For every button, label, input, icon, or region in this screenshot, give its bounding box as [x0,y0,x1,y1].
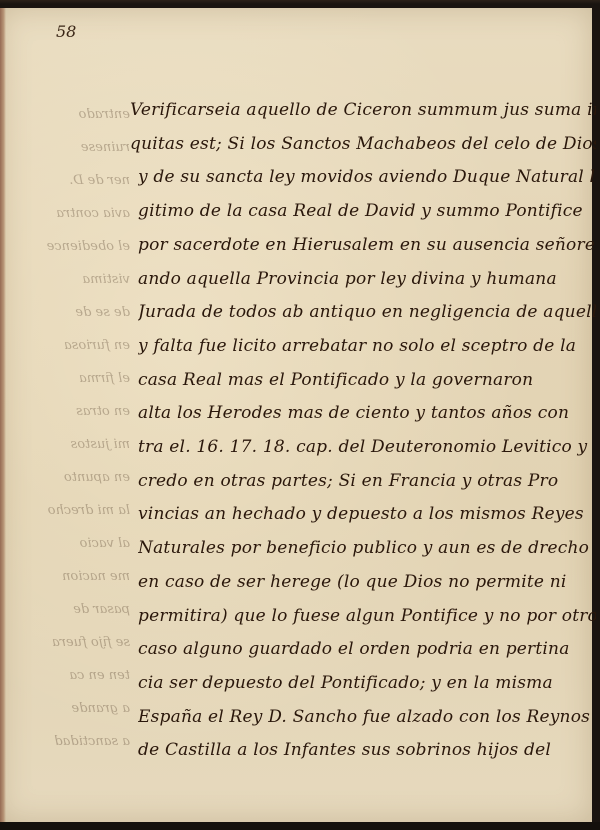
binding-edge-stain [0,8,6,822]
scan-top-edge [0,0,600,4]
bleed-line: avia contra [10,197,130,230]
text-line: ando aquella Provincia por ley divina y … [138,263,596,297]
scan-bottom-edge [0,822,600,830]
bleed-line: mi justos [10,428,130,461]
bleed-line: el firma [10,362,130,395]
bleed-line: de se de [10,296,130,329]
text-line: permitira) que lo fuese algun Pontifice … [138,600,596,634]
text-line: y falta fue licito arrebatar no solo el … [138,330,596,364]
manuscript-page: 58 entrado ruinese ner de D. avia contra… [0,8,592,822]
text-line: quitas est; Si los Sanctos Machabeos del… [130,128,596,162]
text-line: Naturales por beneficio publico y aun es… [138,532,596,566]
bleed-line: ner de D. [10,164,130,197]
text-line: y de su sancta ley movidos aviendo Duque… [138,161,596,195]
text-line: por sacerdote en Hierusalem en su ausenc… [138,229,596,263]
bleed-line: entrado [10,98,130,131]
text-line: alta los Herodes mas de ciento y tantos … [138,397,596,431]
text-line: gitimo de la casa Real de David y summo … [138,195,596,229]
bleed-line: la mi drecho [10,494,130,527]
text-line: tra el. 16. 17. 18. cap. del Deuteronomi… [138,431,596,465]
text-line: cia ser depuesto del Pontificado; y en l… [138,667,596,701]
bleed-line: me nacion [10,560,130,593]
bleed-through-text: entrado ruinese ner de D. avia contra el… [10,98,130,758]
text-line: vincias an hechado y depuesto a los mism… [138,498,596,532]
manuscript-text: Verificarseia aquello de Ciceron summum … [130,94,596,768]
bleed-line: vistima [10,263,130,296]
text-line: España el Rey D. Sancho fue alzado con l… [138,701,596,735]
text-line: Jurada de todos ab antiquo en negligenci… [138,296,596,330]
text-line: caso alguno guardado el orden podria en … [138,633,596,667]
text-line: en caso de ser herege (lo que Dios no pe… [138,566,596,600]
bleed-line: al vacio [10,527,130,560]
text-line: de Castilla a los Infantes sus sobrinos … [138,734,596,768]
bleed-line: ten en ca [10,659,130,692]
text-line: casa Real mas el Pontificado y la govern… [138,364,596,398]
bleed-line: a grande [10,692,130,725]
text-line: Verificarseia aquello de Ciceron summum … [130,94,596,128]
bleed-line: se fijo fuera [10,626,130,659]
bleed-line: en furiosa [10,329,130,362]
folio-number: 58 [56,22,76,41]
bleed-line: en apunto [10,461,130,494]
bleed-line: el obedience [10,230,130,263]
bleed-line: ruinese [10,131,130,164]
bleed-line: en otras [10,395,130,428]
bleed-line: pasar de [10,593,130,626]
text-line: credo en otras partes; Si en Francia y o… [138,465,596,499]
bleed-line: a sanctidad [10,725,130,758]
